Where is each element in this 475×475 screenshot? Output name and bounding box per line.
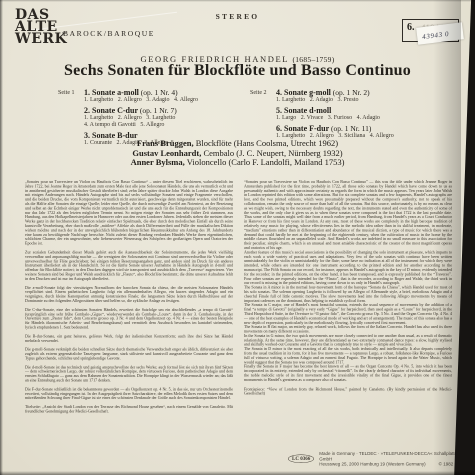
catalog-prefix: 6. [407, 22, 415, 33]
liner-notes: „Sonates pour un Traversiere un Violon o… [25, 180, 452, 452]
liner-notes-english: “Sonates pour un Traversiere un Violon o… [244, 180, 452, 452]
notes-en-paragraph: The Sonata in C major, one of Handel's m… [244, 303, 452, 325]
performer-details: Cembalo (J. C. Neupert, Nürnberg 1932) [201, 148, 342, 158]
notes-en-paragraph: In the Sonata in G minor, the two quick … [244, 334, 452, 347]
notes-en-paragraph: The Sonata in D minor is the most exacti… [244, 347, 452, 365]
sonata-title: 1. Sonate a-moll [84, 88, 139, 97]
genre-label: BAROCK/BAROQUE [63, 29, 155, 38]
notes-de-paragraph: Die B-dur-Sonate, ein ganz heiteres, gel… [25, 334, 233, 343]
sleeve-bottom-edge [0, 471, 475, 475]
sonata-opus: (op. 1 Nr. 7) [138, 106, 177, 115]
performer-details: Violoncello (Carlo F. Landolfi, Mailand … [185, 157, 345, 167]
performer-details: Blockflöte (Hans Coolsma, Utrecht 1962) [194, 138, 338, 148]
sonata-movements: 1. Larghetto 2. Allegro 3. Adagio 4. All… [84, 97, 198, 104]
sonata-title: 4. Sonate g-moll [276, 88, 331, 97]
cover-art-credit-de: Titelseite: „Ansicht der Stadt London vo… [25, 405, 233, 414]
sonata-movements: 1. Larghetto 2. Adagio 3. Presto [276, 97, 394, 104]
work-title: Sechs Sonaten für Blockflöte und Basso C… [0, 62, 475, 80]
sonata-entry: 5. Sonate d-moll 1. Largo 2. Vivace 3. F… [276, 106, 394, 122]
sonata-entry: 2. Sonate C-dur (op. 1 Nr. 7) 1. Larghet… [84, 106, 198, 129]
logo-line-3: WERK [15, 33, 67, 45]
sonata-entry: 4. Sonate g-moll (op. 1 Nr. 2) 1. Larghe… [276, 88, 394, 104]
side-2-label: Seite 2 [250, 88, 276, 142]
side-2-sonatas: 4. Sonate g-moll (op. 1 Nr. 2) 1. Larghe… [276, 88, 394, 142]
performer-name: Anner Bylsma, [131, 157, 185, 167]
notes-en-paragraph: Finally the Sonata in F major has become… [244, 365, 452, 383]
sleeve-top-edge [0, 0, 475, 2]
notes-de-paragraph: „Sonates pour un Traversiere un Violon o… [25, 180, 233, 246]
sonata-movements: 1. Largo 2. Vivace 3. Furioso 4. Adagio [276, 115, 394, 122]
notes-de-paragraph: Die C-dur-Sonate, eine der schönsten Son… [25, 308, 233, 330]
performer-name: Gustav Leonhardt, [132, 148, 201, 158]
imprint-line-2: Heussweg 25, 2000 Hamburg 19 (Western Ge… [319, 462, 425, 467]
sonata-opus: (op. 1 Nr. 4) [139, 88, 178, 97]
cover-art-credit-en: Frontispiece: “View of London from the R… [244, 387, 452, 396]
sonata-title: 5. Sonate d-moll [276, 106, 331, 115]
performer-line: Anner Bylsma, Violoncello (Carlo F. Land… [0, 158, 475, 168]
liner-notes-german: „Sonates pour un Traversiere un Violon o… [25, 180, 233, 452]
performers-list: Frans Brüggen, Blockflöte (Hans Coolsma,… [0, 139, 475, 168]
sleeve-left-edge [0, 0, 3, 475]
performer-name: Frans Brüggen, [137, 138, 194, 148]
notes-de-paragraph: Die F-dur-Sonate schließlich ist die bek… [25, 387, 233, 400]
notes-en-paragraph: Another feature of this music's social a… [244, 250, 452, 285]
sonata-opus: (op. 1 Nr. 2) [331, 88, 370, 97]
sonata-entry: 1. Sonate a-moll (op. 1 Nr. 4) 1. Larghe… [84, 88, 198, 104]
sonata-title: 6. Sonate F-dur [276, 124, 329, 133]
sonata-opus: (op. 1 Nr. 11) [329, 124, 371, 133]
sonata-movements: 1. Larghetto 2. Allegro 3. Larghetto 4. … [84, 115, 198, 129]
side-2: Seite 2 4. Sonate g-moll (op. 1 Nr. 2) 1… [250, 88, 440, 142]
notes-de-paragraph: Die a-moll-Sonate folgt der viersätzigen… [25, 286, 233, 304]
label-code-badge: LC 0366 [288, 455, 314, 464]
notes-de-paragraph: Die g-moll-Sonate verknüpft die beiden s… [25, 348, 233, 361]
record-sleeve-back: DAS ALTE WERK BAROCK/BAROQUE STEREO 6. 4… [0, 0, 475, 475]
notes-en-paragraph: “Sonates pour un Traversiere un Violon o… [244, 180, 452, 250]
notes-en-paragraph: The Sonata in A minor is in the normal f… [244, 286, 452, 304]
notes-de-paragraph: Zur sozialen Gebundenheit dieser Musik g… [25, 250, 233, 281]
notes-de-paragraph: Die d-moll-Sonate ist das technisch und … [25, 365, 233, 383]
sonata-title: 2. Sonate C-dur [84, 106, 138, 115]
